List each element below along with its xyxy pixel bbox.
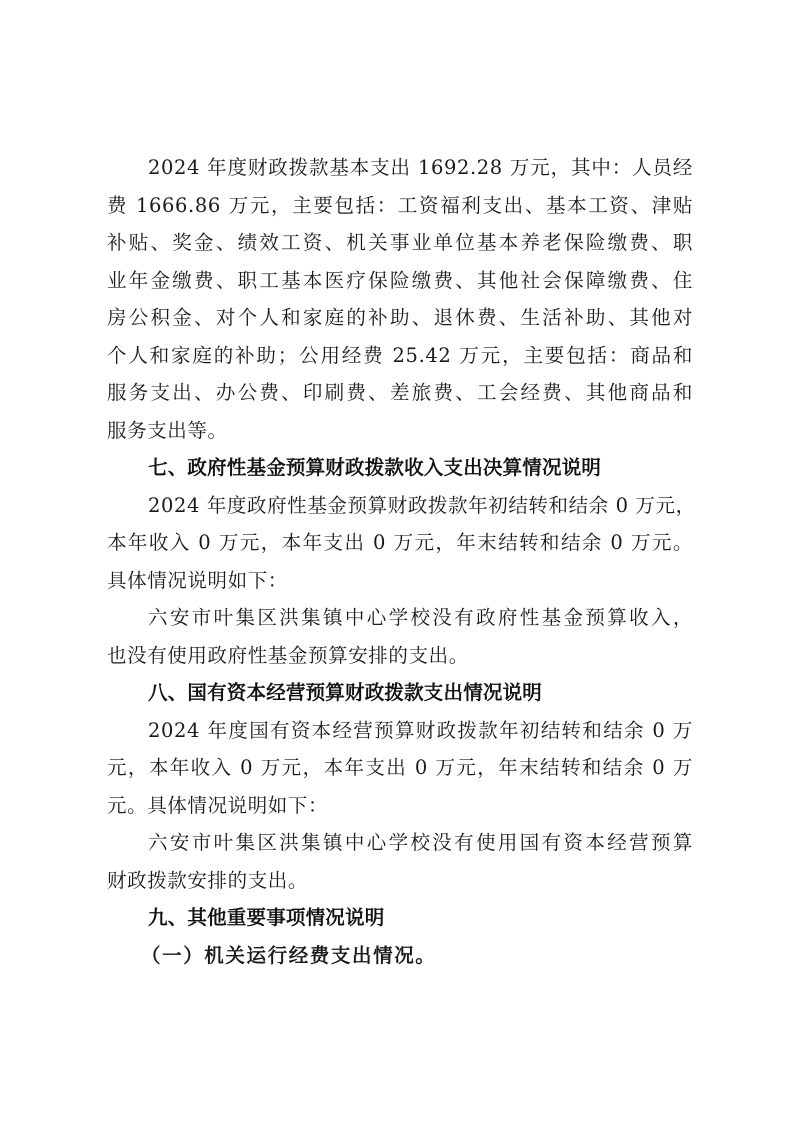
text-line: 具体情况说明如下： <box>107 562 693 600</box>
subsection-heading-1: （一）机关运行经费支出情况。 <box>107 937 693 975</box>
paragraph-gov-fund-detail: 六安市叶集区洪集镇中心学校没有政府性基金预算收入， 也没有使用政府性基金预算安排… <box>107 599 693 674</box>
text-line: 房公积金、对个人和家庭的补助、退休费、生活补助、其他对 <box>107 299 693 337</box>
text-line: 也没有使用政府性基金预算安排的支出。 <box>107 637 693 675</box>
section-heading-9: 九、其他重要事项情况说明 <box>107 899 693 937</box>
text-line: 本年收入 0 万元，本年支出 0 万元，年末结转和结余 0 万元。 <box>107 524 693 562</box>
text-line: 服务支出、办公费、印刷费、差旅费、工会经费、其他商品和 <box>107 374 693 412</box>
text-line: 补贴、奖金、绩效工资、机关事业单位基本养老保险缴费、职 <box>107 224 693 262</box>
section-heading-7: 七、政府性基金预算财政拨款收入支出决算情况说明 <box>107 449 693 487</box>
text-line: 2024 年度财政拨款基本支出 1692.28 万元，其中：人员经 <box>107 149 693 187</box>
text-line: 六安市叶集区洪集镇中心学校没有使用国有资本经营预算 <box>107 824 693 862</box>
text-line: 个人和家庭的补助；公用经费 25.42 万元，主要包括：商品和 <box>107 337 693 375</box>
text-line: 财政拨款安排的支出。 <box>107 862 693 900</box>
text-line: 六安市叶集区洪集镇中心学校没有政府性基金预算收入， <box>107 599 693 637</box>
text-line: 元。具体情况说明如下： <box>107 787 693 825</box>
paragraph-state-capital-summary: 2024 年度国有资本经营预算财政拨款年初结转和结余 0 万 元，本年收入 0 … <box>107 712 693 825</box>
text-line: 2024 年度国有资本经营预算财政拨款年初结转和结余 0 万 <box>107 712 693 750</box>
document-page: 2024 年度财政拨款基本支出 1692.28 万元，其中：人员经 费 1666… <box>107 149 693 974</box>
paragraph-gov-fund-summary: 2024 年度政府性基金预算财政拨款年初结转和结余 0 万元， 本年收入 0 万… <box>107 487 693 600</box>
paragraph-basic-expenditure: 2024 年度财政拨款基本支出 1692.28 万元，其中：人员经 费 1666… <box>107 149 693 449</box>
text-line: 业年金缴费、职工基本医疗保险缴费、其他社会保障缴费、住 <box>107 262 693 300</box>
section-heading-8: 八、国有资本经营预算财政拨款支出情况说明 <box>107 674 693 712</box>
paragraph-state-capital-detail: 六安市叶集区洪集镇中心学校没有使用国有资本经营预算 财政拨款安排的支出。 <box>107 824 693 899</box>
text-line: 服务支出等。 <box>107 412 693 450</box>
text-line: 元，本年收入 0 万元，本年支出 0 万元，年末结转和结余 0 万 <box>107 749 693 787</box>
text-line: 费 1666.86 万元，主要包括：工资福利支出、基本工资、津贴 <box>107 187 693 225</box>
text-line: 2024 年度政府性基金预算财政拨款年初结转和结余 0 万元， <box>107 487 693 525</box>
